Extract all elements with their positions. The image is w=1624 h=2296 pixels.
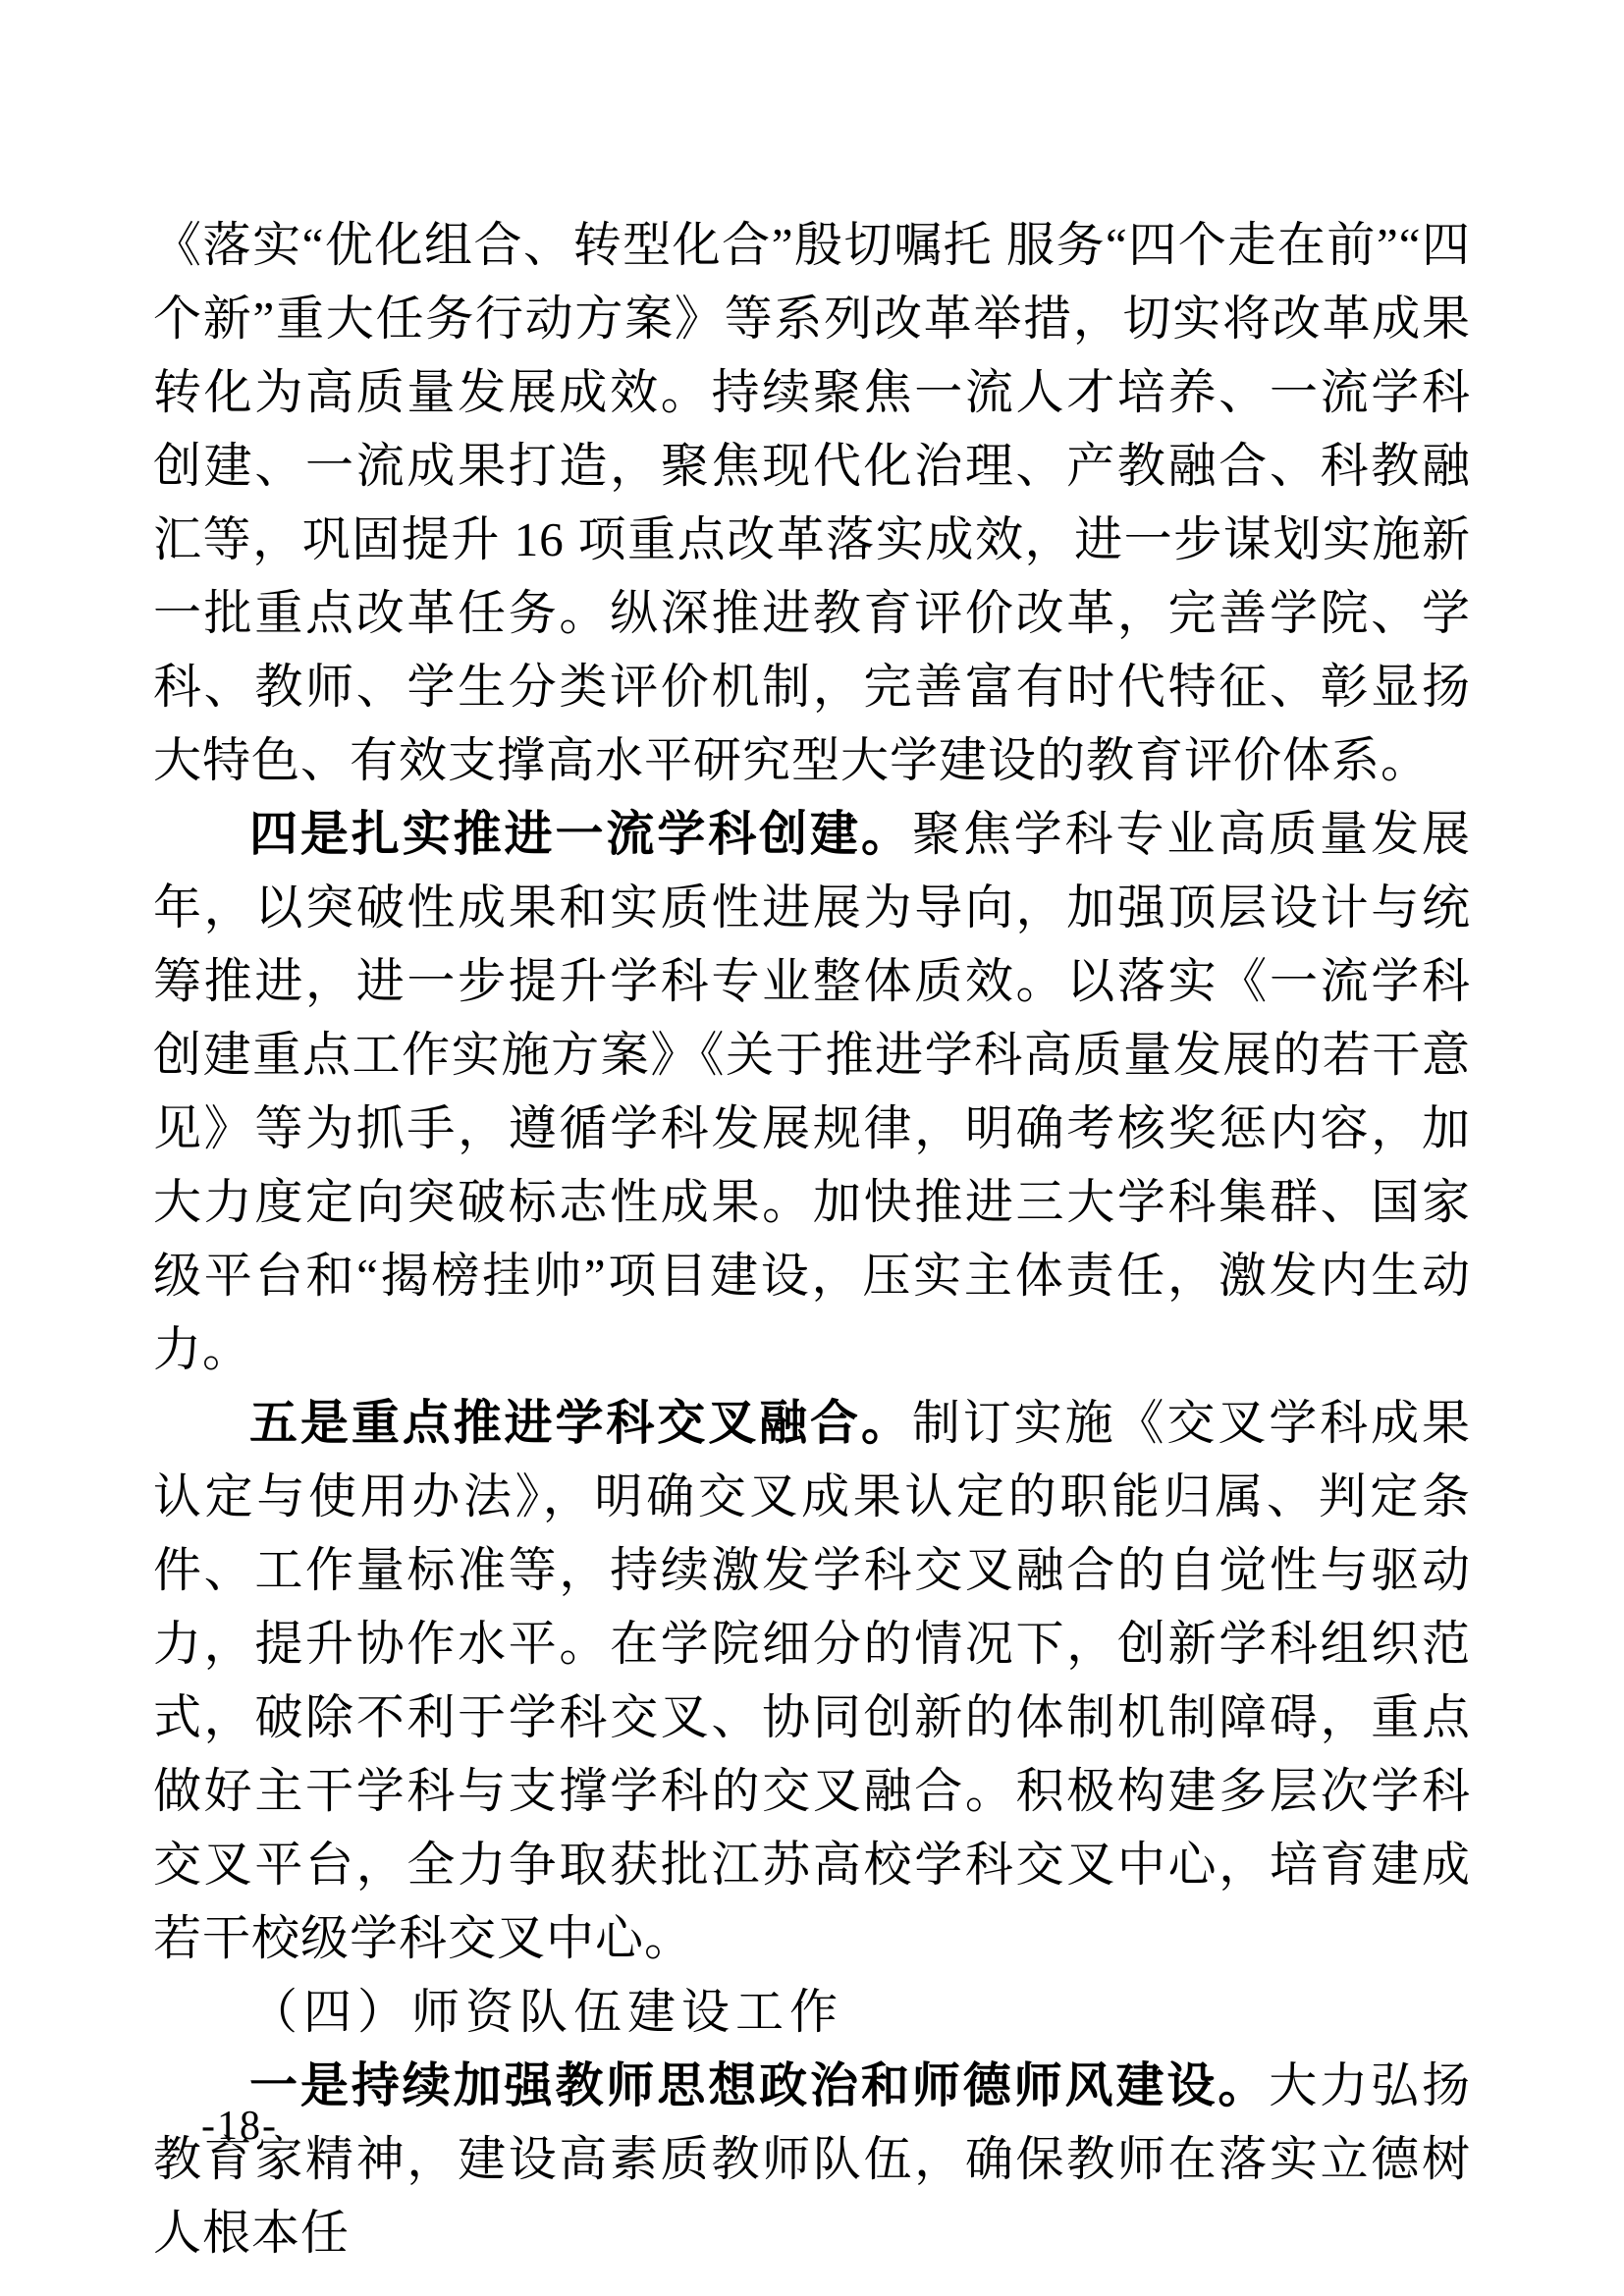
paragraph-lead: 四是扎实推进一流学科创建。 (249, 807, 912, 861)
page-number: -18- (201, 2103, 278, 2150)
paragraph-text: 制订实施《交叉学科成果认定与使用办法》，明确交叉成果认定的职能归属、判定条件、工… (153, 1396, 1471, 1965)
paragraph-lead: 五是重点推进学科交叉融合。 (249, 1396, 912, 1450)
document-body: 《落实“优化组合、转型化合”殷切嘱托 服务“四个走在前”“四个新”重大任务行动方… (153, 208, 1471, 2269)
paragraph-interdisciplinary-integration: 五是重点推进学科交叉融合。制订实施《交叉学科成果认定与使用办法》，明确交叉成果认… (153, 1386, 1471, 1975)
paragraph-reform-measures: 《落实“优化组合、转型化合”殷切嘱托 服务“四个走在前”“四个新”重大任务行动方… (153, 208, 1471, 797)
paragraph-lead: 一是持续加强教师思想政治和师德师风建设。 (249, 2058, 1269, 2112)
document-page: 《落实“优化组合、转型化合”殷切嘱托 服务“四个走在前”“四个新”重大任务行动方… (0, 0, 1624, 2296)
paragraph-text: 《落实“优化组合、转型化合”殷切嘱托 服务“四个走在前”“四个新”重大任务行动方… (153, 218, 1471, 787)
paragraph-teacher-ethics: 一是持续加强教师思想政治和师德师风建设。大力弘扬教育家精神，建设高素质教师队伍，… (153, 2049, 1471, 2269)
paragraph-text: 聚焦学科专业高质量发展年，以突破性成果和实质性进展为导向，加强顶层设计与统筹推进… (153, 807, 1471, 1376)
section-heading-text: （四）师资队伍建设工作 (249, 1985, 843, 2039)
section-heading-faculty-team: （四）师资队伍建设工作 (153, 1975, 1471, 2049)
paragraph-first-class-discipline: 四是扎实推进一流学科创建。聚焦学科专业高质量发展年，以突破性成果和实质性进展为导… (153, 797, 1471, 1386)
